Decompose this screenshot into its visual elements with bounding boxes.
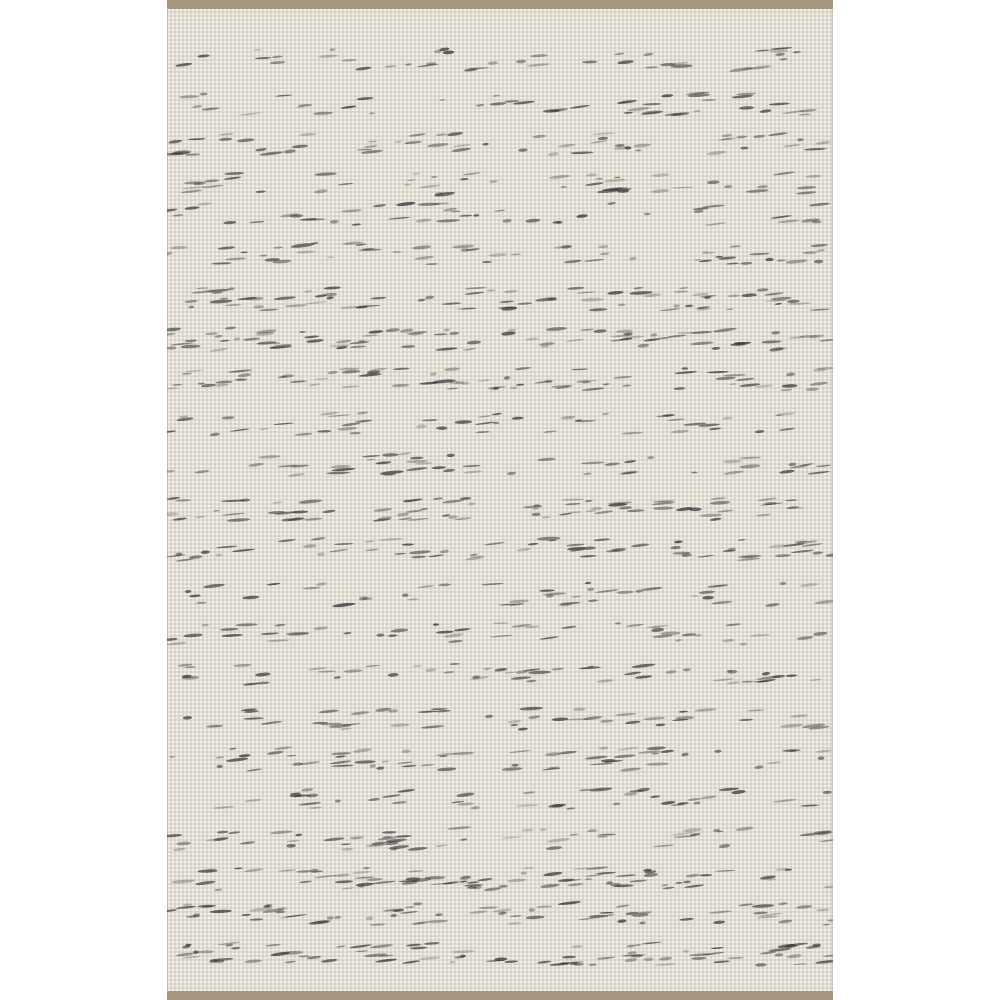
rug-bottom-binding	[167, 991, 833, 1000]
rug-top-binding	[167, 0, 833, 9]
rug-streak-pattern	[167, 9, 833, 991]
rug	[167, 0, 833, 1000]
